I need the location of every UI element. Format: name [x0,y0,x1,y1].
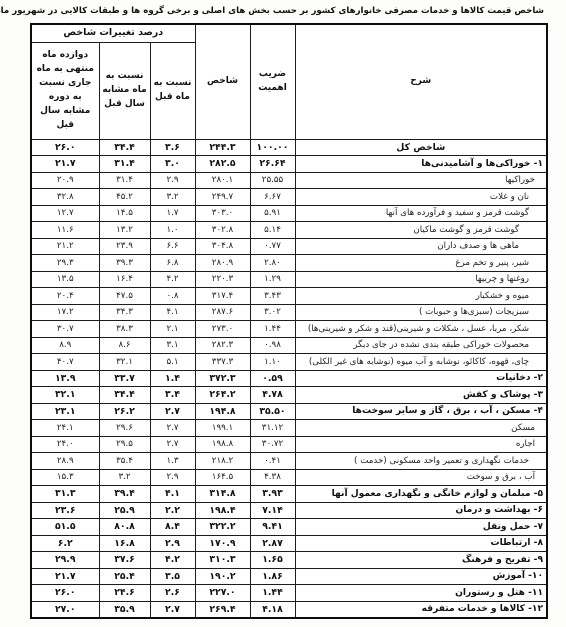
cell-yoy: ۱۳.۲ [99,222,150,239]
cell-weight: ۱.۴۴ [250,585,295,602]
page-title: شاخص قیمت کالاها و خدمات مصرفی خانوارهای… [0,6,544,17]
table-body: شاخص کل۱۰۰.۰۰۲۴۴.۳۳.۶۳۴.۴۲۶.۰۱- خوراکی‌ه… [31,139,547,618]
cell-desc: اجاره [295,436,547,453]
cell-mom: ۶.۸ [150,255,195,272]
cell-index: ۲۴۹.۷ [195,189,250,206]
cell-weight: ۳.۴۳ [250,288,295,305]
cell-mom: ۲.۹ [150,535,195,552]
cell-mom: ۲.۷ [150,436,195,453]
cell-desc: ۶- بهداشت و درمان [295,502,547,519]
table-row: شیر، پنیر و تخم مرغ۲.۸۰۲۸۰.۹۶.۸۳۹.۳۲۹.۳ [31,255,547,272]
cell-index: ۱۷۰.۹ [195,535,250,552]
header-year-over-year: نسبت به ماه مشابه سال قبل [99,42,150,139]
cell-index: ۲۷۳.۰ [195,321,250,338]
cell-weight: ۱.۱۰ [250,354,295,371]
cell-desc: محصولات خوراکی طبقه بندی نشده در جای دیگ… [295,337,547,354]
table-row: خدمات نگهداری و تعمیر واحد مسکونی (خدمت … [31,453,547,470]
cell-yoy: ۳۹.۴ [99,486,150,503]
title-band: شاخص قیمت کالاها و خدمات مصرفی خانوارهای… [10,4,556,23]
cell-desc: ۲- دخانیات [295,370,547,387]
cell-mom: ۰.۸ [150,288,195,305]
cell-twelve: ۶.۲ [31,535,99,552]
cell-weight: ۵.۹۱ [250,205,295,222]
cell-mom: ۴.۲ [150,271,195,288]
table-row: اجاره۳۰.۷۲۱۹۸.۸۲.۷۲۹.۵۲۴.۰ [31,436,547,453]
cell-yoy: ۲۵.۴ [99,568,150,585]
cell-mom: ۱.۰ [150,222,195,239]
cell-yoy: ۳۱.۴ [99,156,150,173]
cell-yoy: ۱۴.۵ [99,205,150,222]
cell-mom: ۸.۴ [150,519,195,536]
cell-weight: ۳.۹۳ [250,486,295,503]
cell-twelve: ۳۲.۱ [31,387,99,404]
cell-twelve: ۲۶.۰ [31,139,99,156]
cell-desc: ۱- خوراکی‌ها و آشامیدنی‌ها [295,156,547,173]
cell-index: ۲۱۸.۲ [195,453,250,470]
cell-index: ۱۹۹.۱ [195,420,250,437]
cell-mom: ۲.۷ [150,403,195,420]
cell-yoy: ۲۴.۶ [99,585,150,602]
cell-weight: ۱.۶۵ [250,552,295,569]
cell-weight: ۱.۸۶ [250,568,295,585]
table-row: ۴- مسکن ، آب ، برق ، گاز و سایر سوخت‌ها۳… [31,403,547,420]
table-row: ۲- دخانیات۰.۵۹۳۷۲.۳۱.۴۳۳.۷۱۳.۹ [31,370,547,387]
cell-weight: ۴.۱۸ [250,601,295,618]
cell-weight: ۱.۲۹ [250,271,295,288]
cell-mom: ۲.۶ [150,585,195,602]
cell-index: ۱۹۴.۸ [195,403,250,420]
cell-desc: نان و غلات [295,189,547,206]
cell-desc: ۹- تفریح و فرهنگ [295,552,547,569]
cell-twelve: ۲۰.۹ [31,172,99,189]
cell-twelve: ۲۱.۷ [31,568,99,585]
cell-yoy: ۳۵.۴ [99,453,150,470]
cell-desc: شکر، مربا، عسل ، شکلات و شیرینی(قند و شک… [295,321,547,338]
header-description: شرح [295,24,547,139]
cell-yoy: ۲۹.۶ [99,420,150,437]
cell-twelve: ۲۹.۹ [31,552,99,569]
cell-mom: ۲.۲ [150,502,195,519]
cell-desc: روغنها و چربیها [295,271,547,288]
cell-index: ۲۸۰.۱ [195,172,250,189]
cell-weight: ۰.۵۹ [250,370,295,387]
cell-twelve: ۱۳.۵ [31,271,99,288]
cell-index: ۳۰۲.۸ [195,222,250,239]
cell-index: ۳۱۰.۳ [195,552,250,569]
cell-desc: گوشت قرمز و سفید و فرآورده های آنها [295,205,547,222]
cell-yoy: ۳۷.۶ [99,552,150,569]
cell-mom: ۲.۷ [150,420,195,437]
cell-index: ۲۸۰.۹ [195,255,250,272]
cell-desc: شاخص کل [295,139,547,156]
cell-mom: ۴.۱ [150,304,195,321]
cell-index: ۲۸۷.۶ [195,304,250,321]
cell-yoy: ۳۴.۳ [99,304,150,321]
cell-desc: آب ، برق و سوخت [295,469,547,486]
cell-yoy: ۳۸.۳ [99,321,150,338]
cell-mom: ۲.۷ [150,601,195,618]
table-row: گوشت قرمز و سفید و فرآورده های آنها۵.۹۱۳… [31,205,547,222]
cell-yoy: ۳۹.۳ [99,255,150,272]
table-row: مسکن۳۱.۱۲۱۹۹.۱۲.۷۲۹.۶۲۴.۱ [31,420,547,437]
table-row: ۸- ارتباطات۲.۸۷۱۷۰.۹۲.۹۱۶.۸۶.۲ [31,535,547,552]
cell-twelve: ۱۱.۶ [31,222,99,239]
cell-mom: ۲.۱ [150,321,195,338]
table-row: ۱۱- هتل و رستوران۱.۴۴۲۲۷.۰۲.۶۲۴.۶۲۶.۰ [31,585,547,602]
cell-twelve: ۲۰.۴ [31,288,99,305]
table-row: شکر، مربا، عسل ، شکلات و شیرینی(قند و شک… [31,321,547,338]
cell-weight: ۵.۱۴ [250,222,295,239]
cell-weight: ۳.۰۲ [250,304,295,321]
cell-desc: ۵- مبلمان و لوازم خانگی و نگهداری معمول … [295,486,547,503]
cell-index: ۳۲۲.۲ [195,519,250,536]
cell-yoy: ۸.۶ [99,337,150,354]
cell-yoy: ۲۵.۹ [99,502,150,519]
cell-desc: ۱۱- هتل و رستوران [295,585,547,602]
cell-index: ۱۶۴.۵ [195,469,250,486]
table-row: میوه و خشکبار۳.۴۳۳۱۷.۴۰.۸۴۷.۵۲۰.۴ [31,288,547,305]
table-row: چای، قهوه، کاکائو، نوشابه و آب میوه (نوش… [31,354,547,371]
cell-yoy: ۴۷.۵ [99,288,150,305]
cell-twelve: ۸.۹ [31,337,99,354]
cell-weight: ۲۶.۶۴ [250,156,295,173]
cell-yoy: ۳۴.۴ [99,139,150,156]
cell-twelve: ۲۱.۲ [31,238,99,255]
cell-desc: ماهی ها و صدف داران [295,238,547,255]
cell-desc: خدمات نگهداری و تعمیر واحد مسکونی (خدمت … [295,453,547,470]
cell-desc: شیر، پنیر و تخم مرغ [295,255,547,272]
cell-yoy: ۲۶.۲ [99,403,150,420]
cell-yoy: ۳۱.۴ [99,172,150,189]
table-row: گوشت قرمز و گوشت ماکیان۵.۱۴۳۰۲.۸۱.۰۱۳.۲۱… [31,222,547,239]
cell-mom: ۳.۰ [150,156,195,173]
cell-yoy: ۳۲.۱ [99,354,150,371]
cell-twelve: ۵۱.۵ [31,519,99,536]
cell-index: ۳۱۷.۴ [195,288,250,305]
table-row: ۳- پوشاک و کفش۴.۷۸۲۶۴.۲۳.۴۳۴.۴۳۲.۱ [31,387,547,404]
cell-twelve: ۳۲.۸ [31,189,99,206]
cell-twelve: ۱۲.۷ [31,205,99,222]
cell-desc: ۸- ارتباطات [295,535,547,552]
cell-mom: ۱.۳ [150,453,195,470]
cell-mom: ۳.۴ [150,387,195,404]
cell-index: ۱۹۰.۲ [195,568,250,585]
header-weight: ضریب اهمیت [250,24,295,139]
cell-mom: ۶.۶ [150,238,195,255]
cell-weight: ۹.۴۱ [250,519,295,536]
cell-twelve: ۲۷.۰ [31,601,99,618]
table-row: ۹- تفریح و فرهنگ۱.۶۵۳۱۰.۳۴.۲۳۷.۶۲۹.۹ [31,552,547,569]
cell-mom: ۲.۹ [150,469,195,486]
cell-mom: ۳.۶ [150,139,195,156]
cell-mom: ۱.۷ [150,205,195,222]
cell-index: ۲۲۰.۳ [195,271,250,288]
cell-twelve: ۱۷.۲ [31,304,99,321]
cell-twelve: ۱۵.۳ [31,469,99,486]
cell-desc: ۴- مسکن ، آب ، برق ، گاز و سایر سوخت‌ها [295,403,547,420]
cell-yoy: ۳.۲ [99,469,150,486]
cell-twelve: ۴۰.۷ [31,354,99,371]
header-index: شاخص [195,24,250,139]
header-month-over-month: نسبت به ماه قبل [150,42,195,139]
table-row: ۷- حمل ونقل۹.۴۱۳۲۲.۲۸.۴۸۰.۸۵۱.۵ [31,519,547,536]
table-row: شاخص کل۱۰۰.۰۰۲۴۴.۳۳.۶۳۴.۴۲۶.۰ [31,139,547,156]
cell-yoy: ۲۳.۹ [99,238,150,255]
cell-weight: ۶.۶۷ [250,189,295,206]
cell-twelve: ۲۴.۰ [31,436,99,453]
cell-yoy: ۳۴.۴ [99,387,150,404]
table-row: آب ، برق و سوخت۴.۳۸۱۶۴.۵۲.۹۳.۲۱۵.۳ [31,469,547,486]
cell-twelve: ۲۸.۹ [31,453,99,470]
cell-index: ۲۲۷.۰ [195,585,250,602]
table-row: خوراکیها۲۵.۵۵۲۸۰.۱۲.۹۳۱.۴۲۰.۹ [31,172,547,189]
cell-twelve: ۳۱.۳ [31,486,99,503]
table-row: ۱۲- کالاها و خدمات متفرقه۴.۱۸۲۶۹.۴۲.۷۳۵.… [31,601,547,618]
table-row: ۵- مبلمان و لوازم خانگی و نگهداری معمول … [31,486,547,503]
cell-weight: ۲۵.۵۵ [250,172,295,189]
cell-yoy: ۱۶.۸ [99,535,150,552]
cell-weight: ۳۰.۷۲ [250,436,295,453]
cell-twelve: ۳۰.۷ [31,321,99,338]
cell-weight: ۲.۸۰ [250,255,295,272]
table-row: محصولات خوراکی طبقه بندی نشده در جای دیگ… [31,337,547,354]
cell-weight: ۰.۹۸ [250,337,295,354]
cell-mom: ۴.۱ [150,486,195,503]
cell-weight: ۴.۳۸ [250,469,295,486]
cell-twelve: ۲۹.۳ [31,255,99,272]
cell-desc: ۱۰- آموزش [295,568,547,585]
cell-weight: ۷.۱۴ [250,502,295,519]
cell-desc: ۳- پوشاک و کفش [295,387,547,404]
cell-desc: ۱۲- کالاها و خدمات متفرقه [295,601,547,618]
cell-yoy: ۸۰.۸ [99,519,150,536]
cell-twelve: ۲۱.۷ [31,156,99,173]
cell-index: ۱۹۸.۴ [195,502,250,519]
cell-desc: سبزیجات (سبزی‌ها و حبوبات ) [295,304,547,321]
table-row: ماهی ها و صدف داران۰.۷۷۳۰۴.۸۶.۶۲۳.۹۲۱.۲ [31,238,547,255]
cell-weight: ۳۱.۱۲ [250,420,295,437]
cpi-table: شرح ضریب اهمیت شاخص درصد تغییرات شاخص نس… [30,23,548,619]
table-header: شرح ضریب اهمیت شاخص درصد تغییرات شاخص نس… [31,24,547,139]
cell-twelve: ۲۳.۱ [31,403,99,420]
cell-mom: ۲.۹ [150,172,195,189]
cell-weight: ۲.۸۷ [250,535,295,552]
cell-index: ۱۹۸.۸ [195,436,250,453]
table-row: ۱۰- آموزش۱.۸۶۱۹۰.۲۳.۵۲۵.۴۲۱.۷ [31,568,547,585]
cell-weight: ۴.۷۸ [250,387,295,404]
cell-mom: ۵.۱ [150,354,195,371]
cell-yoy: ۳۳.۷ [99,370,150,387]
cell-mom: ۳.۲ [150,189,195,206]
cell-desc: میوه و خشکبار [295,288,547,305]
header-twelve-month: دوازده ماه منتهی به ماه جاری نسبت به دور… [31,42,99,139]
cell-twelve: ۲۳.۶ [31,502,99,519]
header-percent-change-band: درصد تغییرات شاخص [31,24,195,42]
cell-index: ۳۰۳.۰ [195,205,250,222]
cell-index: ۳۷۲.۳ [195,370,250,387]
cell-weight: ۰.۷۷ [250,238,295,255]
cell-desc: چای، قهوه، کاکائو، نوشابه و آب میوه (نوش… [295,354,547,371]
table-row: نان و غلات۶.۶۷۲۴۹.۷۳.۲۴۵.۲۳۲.۸ [31,189,547,206]
cell-mom: ۳.۵ [150,568,195,585]
table-row: روغنها و چربیها۱.۲۹۲۲۰.۳۴.۲۱۶.۴۱۳.۵ [31,271,547,288]
cell-twelve: ۱۳.۹ [31,370,99,387]
cell-index: ۳۳۷.۳ [195,354,250,371]
cell-desc: مسکن [295,420,547,437]
table-row: ۱- خوراکی‌ها و آشامیدنی‌ها۲۶.۶۴۲۸۲.۵۳.۰۳… [31,156,547,173]
cell-index: ۲۴۴.۳ [195,139,250,156]
cell-weight: ۳۵.۵۰ [250,403,295,420]
cell-index: ۲۶۴.۲ [195,387,250,404]
cell-index: ۳۰۴.۸ [195,238,250,255]
cell-mom: ۱.۴ [150,370,195,387]
cell-index: ۲۸۲.۵ [195,156,250,173]
cell-index: ۲۶۹.۴ [195,601,250,618]
table-row: ۶- بهداشت و درمان۷.۱۴۱۹۸.۴۲.۲۲۵.۹۲۳.۶ [31,502,547,519]
cell-desc: خوراکیها [295,172,547,189]
table-row: سبزیجات (سبزی‌ها و حبوبات )۳.۰۲۲۸۷.۶۴.۱۳… [31,304,547,321]
cell-weight: ۱.۴۴ [250,321,295,338]
cell-yoy: ۲۹.۵ [99,436,150,453]
cell-mom: ۴.۲ [150,552,195,569]
cell-weight: ۱۰۰.۰۰ [250,139,295,156]
cell-weight: ۰.۴۱ [250,453,295,470]
cell-mom: ۳.۱ [150,337,195,354]
cell-twelve: ۲۶.۰ [31,585,99,602]
document-page: شاخص قیمت کالاها و خدمات مصرفی خانوارهای… [0,0,566,619]
cell-twelve: ۲۴.۱ [31,420,99,437]
cell-yoy: ۳۵.۹ [99,601,150,618]
cell-index: ۲۸۲.۳ [195,337,250,354]
cell-desc: گوشت قرمز و گوشت ماکیان [295,222,547,239]
cell-index: ۳۱۴.۸ [195,486,250,503]
cell-desc: ۷- حمل ونقل [295,519,547,536]
cell-yoy: ۱۶.۴ [99,271,150,288]
cell-yoy: ۴۵.۲ [99,189,150,206]
